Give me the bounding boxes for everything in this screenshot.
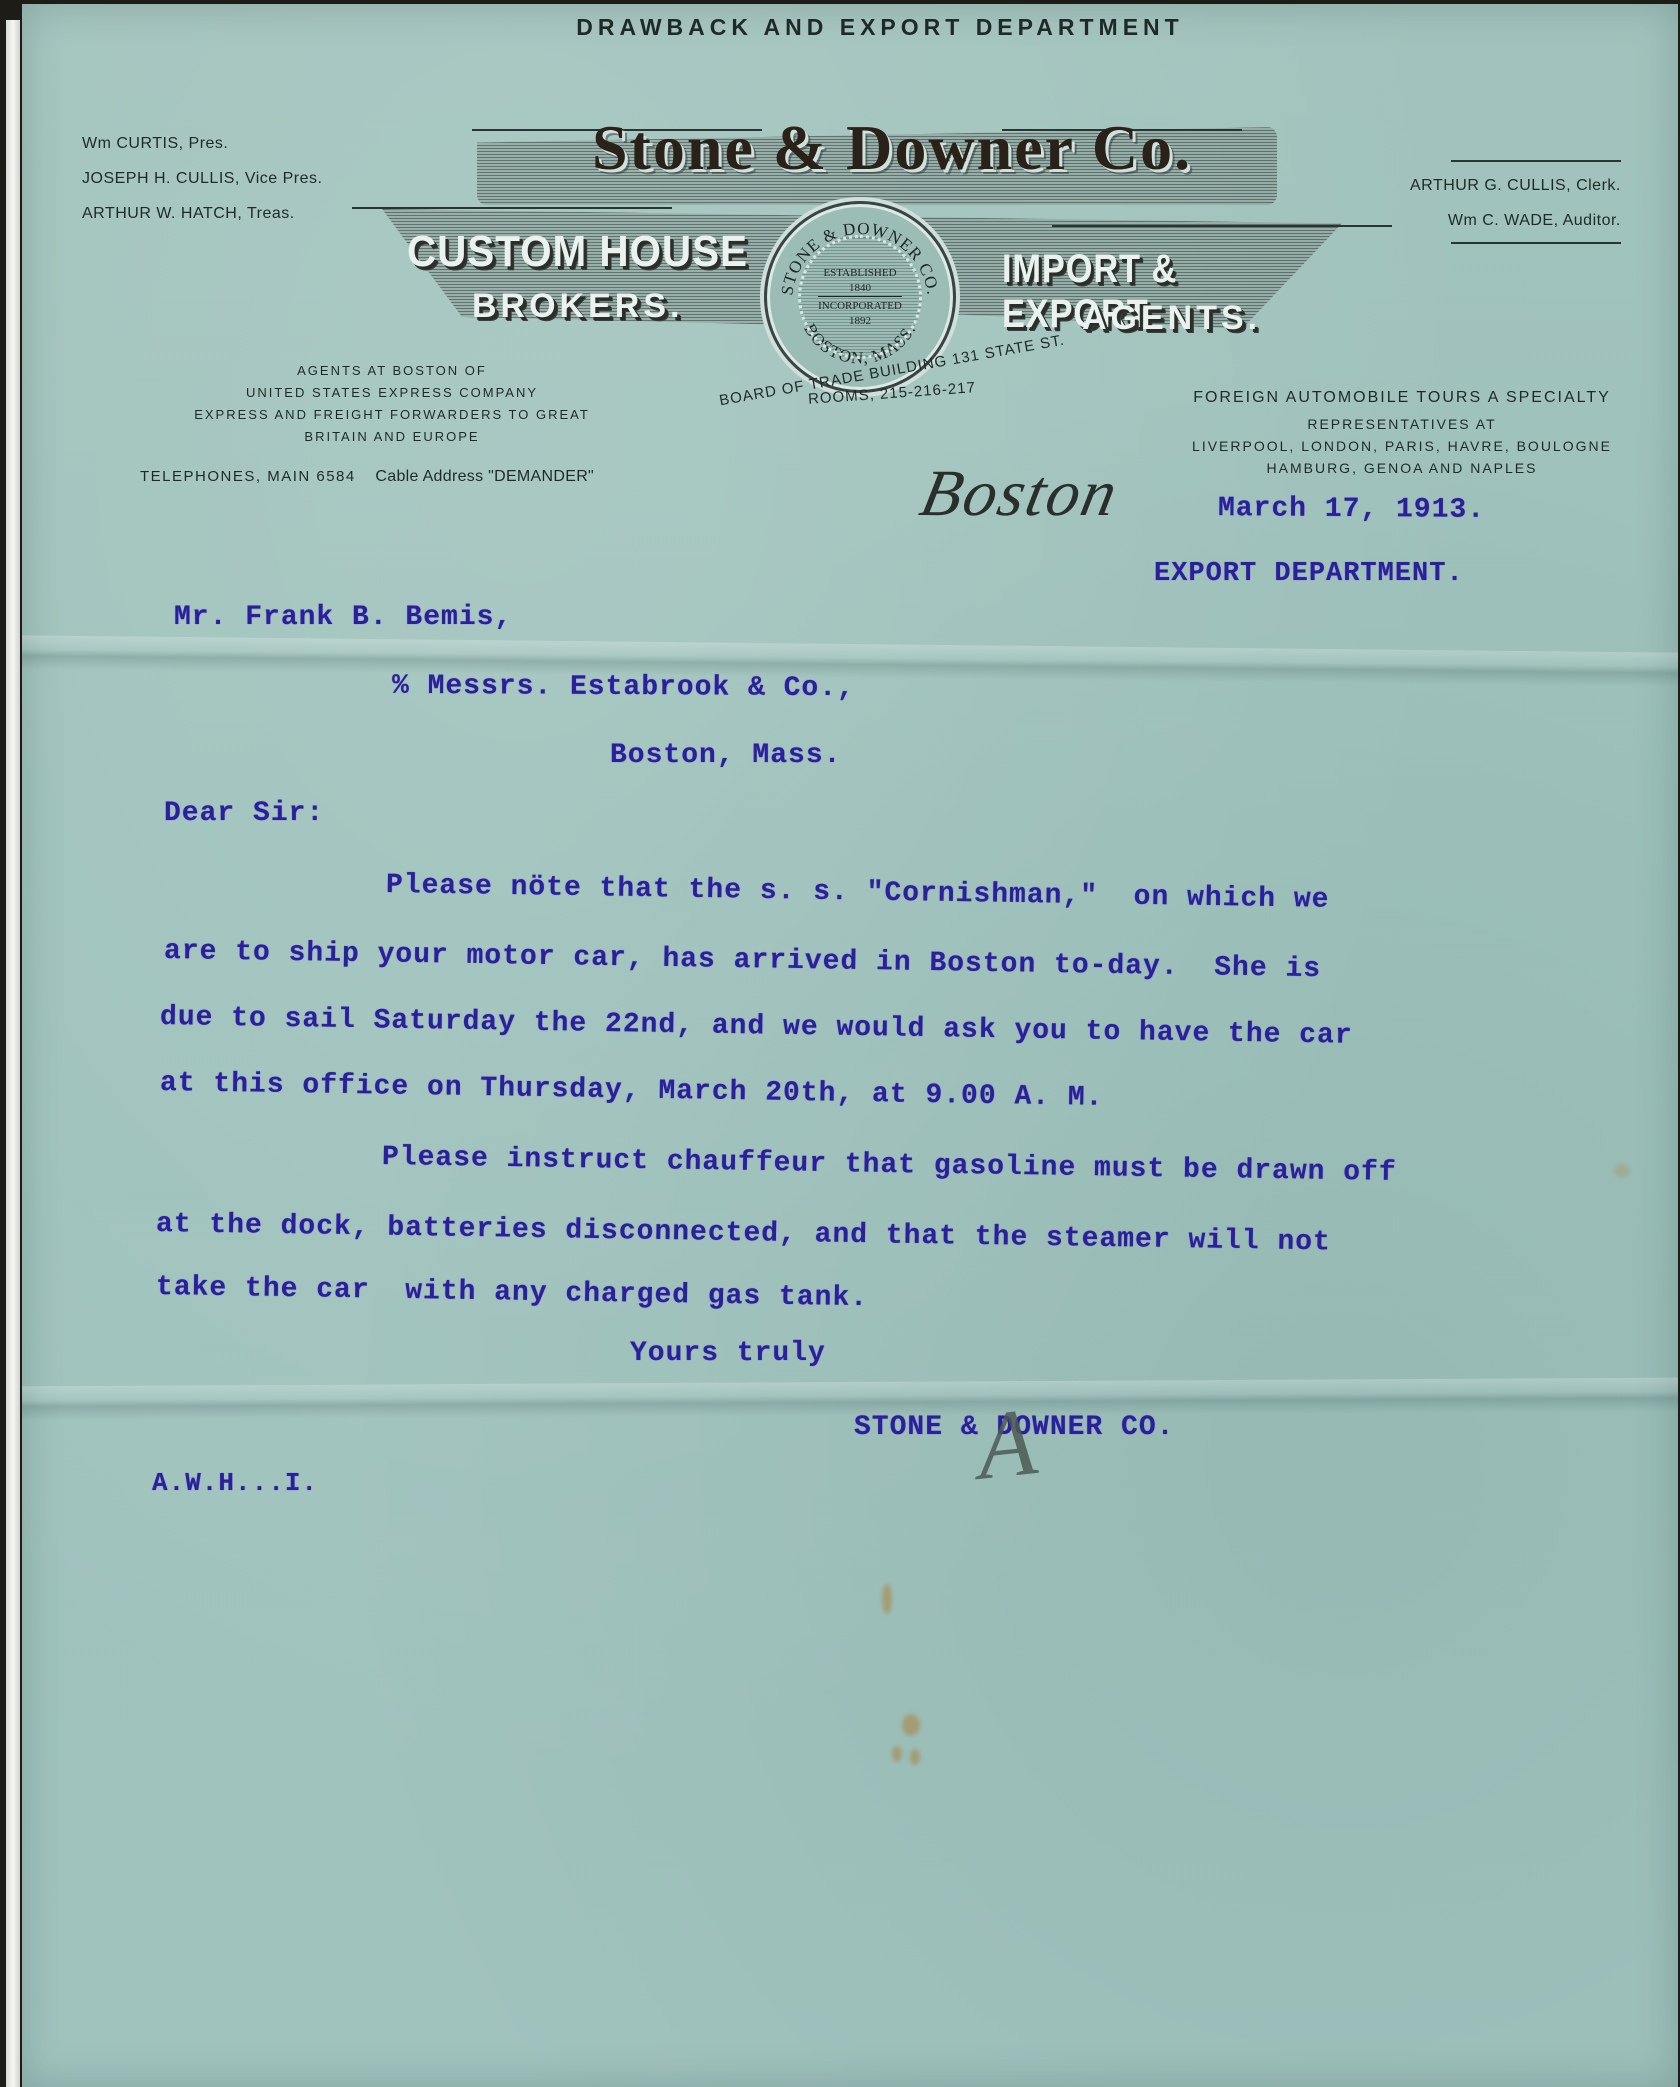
agency-line: UNITED STATES EXPRESS COMPANY (142, 382, 642, 404)
agency-info: AGENTS AT BOSTON OF UNITED STATES EXPRES… (142, 360, 642, 448)
officers-right: ARTHUR G. CULLIS, Clerk. Wm C. WADE, Aud… (1410, 160, 1621, 244)
recipient-city: Boston, Mass. (610, 740, 841, 771)
officer-auditor: Wm C. WADE, Auditor. (1410, 203, 1621, 238)
recipient-name: Mr. Frank B. Bemis, (174, 602, 512, 633)
officer-president: Wm CURTIS, Pres. (82, 126, 322, 161)
divider (1451, 242, 1621, 244)
agency-line: AGENTS AT BOSTON OF (142, 360, 642, 382)
department-title: DRAWBACK AND EXPORT DEPARTMENT (22, 14, 1678, 41)
scanner-edge (6, 20, 20, 2087)
letter-sheet: DRAWBACK AND EXPORT DEPARTMENT Wm CURTIS… (22, 4, 1678, 2087)
company-address: BOARD OF TRADE BUILDING 131 STATE ST. RO… (702, 362, 1082, 402)
custom-house-label: CUSTOM HOUSE (407, 227, 748, 277)
agency-line: BRITAIN AND EUROPE (142, 426, 642, 448)
agency-line: EXPRESS AND FREIGHT FORWARDERS TO GREAT (142, 404, 642, 426)
cable-address: Cable Address "DEMANDER" (375, 468, 594, 485)
body-line: Please nöte that the s. s. "Cornishman,"… (386, 870, 1330, 916)
officers-left: Wm CURTIS, Pres. JOSEPH H. CULLIS, Vice … (82, 126, 322, 231)
handwritten-signature: A (971, 1385, 1041, 1502)
body-line: due to sail Saturday the 22nd, and we wo… (160, 1002, 1353, 1052)
stain (892, 1746, 902, 1762)
stain (1614, 1164, 1630, 1178)
seal-established-label: ESTABLISHED (823, 266, 896, 281)
seal-incorporated-label: INCORPORATED (818, 296, 902, 314)
paper-fold (22, 1378, 1678, 1421)
recipient-care-of: % Messrs. Estabrook & Co., (392, 671, 855, 704)
officer-treasurer: ARTHUR W. HATCH, Treas. (82, 196, 322, 231)
letter-department: EXPORT DEPARTMENT. (1154, 559, 1464, 589)
reference-initials: A.W.H...I. (152, 1468, 318, 1498)
stain (882, 1584, 892, 1614)
representatives-line: REPRESENTATIVES AT (1152, 413, 1652, 435)
body-line: at the dock, batteries disconnected, and… (156, 1209, 1331, 1258)
divider (1451, 160, 1621, 162)
telephone-number: TELEPHONES, MAIN 6584 (140, 468, 356, 485)
agents-label: AGENTS. (1082, 299, 1261, 338)
contact-line: TELEPHONES, MAIN 6584 Cable Address "DEM… (140, 468, 594, 486)
body-line: are to ship your motor car, has arrived … (164, 936, 1322, 985)
stain (910, 1749, 920, 1765)
stain (902, 1714, 920, 1736)
seal-incorporated-year: 1892 (849, 314, 871, 329)
representatives-info: FOREIGN AUTOMOBILE TOURS A SPECIALTY REP… (1152, 387, 1652, 479)
representatives-line: LIVERPOOL, LONDON, PARIS, HAVRE, BOULOGN… (1152, 435, 1652, 457)
seal-center: ESTABLISHED 1840 INCORPORATED 1892 (798, 235, 922, 359)
brokers-label: BROKERS. (472, 287, 683, 326)
seal-established-year: 1840 (849, 281, 871, 296)
body-line: take the car with any charged gas tank. (156, 1272, 869, 1314)
officer-vice-president: JOSEPH H. CULLIS, Vice Pres. (82, 161, 322, 196)
specialty-line: FOREIGN AUTOMOBILE TOURS A SPECIALTY (1152, 387, 1652, 409)
body-line: Please instruct chauffeur that gasoline … (382, 1142, 1397, 1189)
company-name: Stone & Downer Co. (462, 111, 1322, 185)
ornament-line (1052, 225, 1392, 227)
body-line: at this office on Thursday, March 20th, … (160, 1068, 1104, 1114)
closing: Yours truly (630, 1338, 826, 1369)
salutation: Dear Sir: (164, 798, 324, 829)
representatives-line: HAMBURG, GENOA AND NAPLES (1152, 457, 1652, 479)
ornament-line (352, 207, 672, 209)
city-script: Boston (914, 456, 1125, 532)
officer-clerk: ARTHUR G. CULLIS, Clerk. (1410, 168, 1621, 203)
company-banner: Stone & Downer Co. CUSTOM HOUSE BROKERS.… (362, 99, 1382, 379)
letter-date: March 17, 1913. (1218, 493, 1485, 526)
